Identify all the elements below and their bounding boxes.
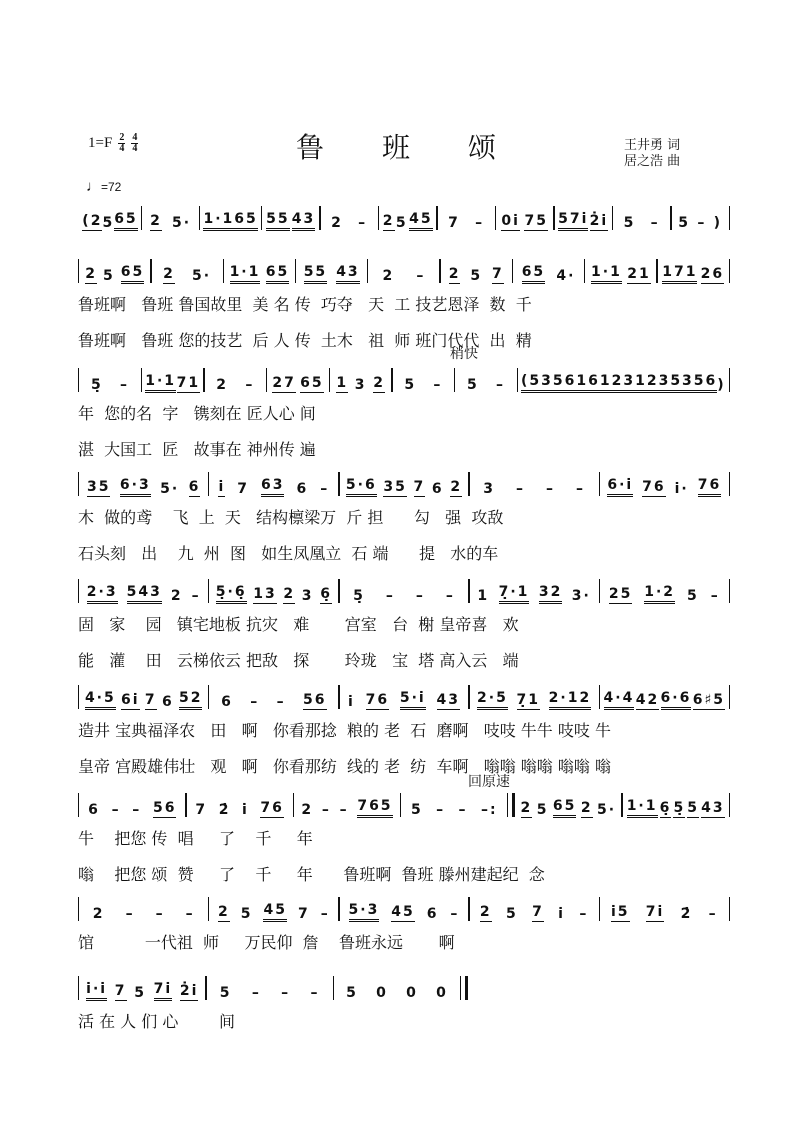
- measure: 5–––: [207, 975, 333, 1001]
- note-group: 5: [687, 588, 699, 604]
- measure: 1·16̣5̣543: [623, 792, 729, 818]
- measure: 1·165: [224, 258, 295, 284]
- note-group: –: [546, 481, 555, 497]
- score-system: 2–––25457–5·3456–257i̇–i̇57i̇2̇–: [78, 896, 730, 922]
- note-group: 2: [331, 215, 343, 231]
- note-group: 2: [216, 377, 228, 393]
- note-group: 6♯5: [693, 692, 725, 710]
- note-group: 27: [272, 375, 295, 393]
- note-group: –: [250, 694, 259, 710]
- note-group: 7̣·1: [499, 584, 530, 604]
- note-group: 5·3: [349, 902, 380, 922]
- barline: [729, 472, 730, 496]
- note-group: 4·: [556, 268, 575, 284]
- note-group: 6: [221, 694, 233, 710]
- lyric-line-verse-2: 湛 大国工 匠 故事在 神州传 遍: [78, 437, 316, 460]
- note-group: 5: [467, 377, 479, 393]
- note-group: 0: [406, 985, 418, 1001]
- note-group: –: [433, 377, 442, 393]
- note-group: –: [112, 802, 121, 818]
- note-group: –: [709, 906, 718, 922]
- barline: [729, 793, 730, 817]
- note-group: –: [651, 215, 660, 231]
- note-group: 2: [449, 266, 461, 284]
- note-group: ): [717, 377, 725, 393]
- note-group: 5: [102, 215, 114, 231]
- note-group: 1·1: [145, 373, 176, 393]
- lyric-line-verse-2: 能 灌 田 云梯依云 把敌 探 玲珑 宝 塔 高入云 端: [78, 648, 519, 671]
- note-group: 6: [432, 481, 444, 497]
- note-group: –:: [481, 802, 498, 818]
- note-group: (2: [82, 213, 102, 231]
- note-group: 5: [241, 906, 253, 922]
- note-group: 76: [260, 800, 283, 818]
- measure: 6·i̇76i̇·76: [600, 471, 729, 497]
- note-group: i̇: [218, 479, 225, 497]
- measure: 256525·: [515, 792, 621, 818]
- note-group: 65: [266, 264, 289, 284]
- note-group: 35: [87, 479, 110, 497]
- lyric-line-verse-2: 鲁班啊 鲁班 您的技艺 后 人 传 土木 祖 师 班门代代 出 精: [78, 328, 532, 351]
- note-group: i̇: [558, 906, 565, 922]
- note-group: 13: [253, 586, 276, 604]
- note-group: –: [516, 481, 525, 497]
- note-group: 4·4: [604, 690, 635, 710]
- note-group: –: [126, 906, 135, 922]
- note-group: 63: [261, 477, 284, 497]
- note-group: 5̣·6̣: [216, 584, 247, 604]
- note-group: 75: [524, 213, 547, 231]
- measure: 2–: [205, 367, 266, 393]
- measure: 5–): [672, 205, 729, 231]
- measure: 2565: [79, 258, 150, 284]
- note-group: 3: [302, 588, 314, 604]
- note-group: 7: [195, 802, 207, 818]
- note-group: 2: [150, 213, 162, 231]
- note-group: 543: [127, 584, 162, 604]
- score-system: 5̣–1·1712–27651325–5–(5356161231235356): [78, 367, 730, 393]
- note-group: 35: [383, 479, 406, 497]
- note-group: 2: [383, 213, 395, 231]
- measure: 3–––: [470, 471, 599, 497]
- note-group: –: [576, 481, 585, 497]
- note-group: 6: [162, 694, 174, 710]
- lyric-line-verse-1: 固 家 园 镇宅地板 抗灾 难 宫室 台 榭 皇帝喜 欢: [78, 612, 519, 635]
- measure: 2–: [321, 205, 378, 231]
- note-group: 5·: [172, 215, 191, 231]
- note-group: 7i̇: [154, 981, 173, 1001]
- measure: 5–: [455, 367, 516, 393]
- note-group: 6: [296, 481, 308, 497]
- note-group: 21: [627, 266, 650, 284]
- note-group: 43: [701, 800, 724, 818]
- lyric-line-verse-1: 馆 一代祖 师 万民仰 詹 鲁班永远 啊: [78, 930, 455, 953]
- note-group: 7: [237, 481, 249, 497]
- note-group: 7: [145, 692, 157, 710]
- note-group: 5: [404, 377, 416, 393]
- measure: 25·: [152, 258, 223, 284]
- note-group: 2: [218, 904, 230, 922]
- measure: 57i̇2̇i̇: [555, 205, 612, 231]
- note-group: –: [697, 215, 706, 231]
- score-system: 256525·1·16555432–257654·1·12117126: [78, 258, 730, 284]
- note-group: 55: [266, 211, 289, 231]
- measure: 2·57̣12·12: [470, 684, 599, 710]
- lyric-line-verse-1: 木 做的鸢 飞 上 天 结构檩梁万 斤 担 勾 强 攻敌: [78, 505, 503, 528]
- measure: 6––56: [79, 792, 185, 818]
- measure: 2765: [267, 367, 328, 393]
- note-group: 1·1: [627, 798, 658, 818]
- measure: 132: [330, 367, 391, 393]
- measure: 5543: [296, 258, 367, 284]
- measure: 17̣·1323·: [470, 578, 599, 604]
- note-group: 5: [537, 802, 549, 818]
- lyric-line-verse-2: 石头刻 出 九 州 图 如生凤凰立 石 端 提 水的车: [78, 541, 498, 564]
- note-group: 7: [414, 479, 426, 497]
- note-group: 7: [492, 266, 504, 284]
- note-group: 2: [85, 266, 97, 284]
- measure: 5–: [613, 205, 670, 231]
- note-group: 7: [532, 904, 544, 922]
- note-group: –: [156, 906, 165, 922]
- note-group: 1612: [576, 373, 623, 393]
- note-group: 5: [103, 268, 115, 284]
- note-group: 5356: [670, 373, 717, 393]
- note-group: i̇·: [675, 481, 689, 497]
- measure: (2565: [79, 205, 140, 231]
- measure: 5·635762: [340, 471, 469, 497]
- note-group: 71: [177, 375, 200, 393]
- note-group: 5: [470, 268, 482, 284]
- note-group: 1·2: [644, 584, 675, 604]
- measure: 2·35432–: [79, 578, 208, 604]
- note-group: 2̇i̇: [180, 983, 199, 1001]
- score-system: 6––5672̇i̇762––7655–––:256525·1·16̣5̣543: [78, 792, 730, 818]
- note-group: 6: [189, 479, 201, 497]
- note-group: 76: [642, 479, 665, 497]
- note-group: 5·i̇: [400, 690, 426, 710]
- note-group: –: [358, 215, 367, 231]
- score-system: 2·35432–5̣·6̣13236̣5̣–––17̣·1323·251·25–: [78, 578, 730, 604]
- note-group: 5: [678, 215, 690, 231]
- note-group: 5·: [160, 481, 179, 497]
- note-group: 65: [553, 798, 576, 818]
- note-group: –: [475, 215, 484, 231]
- note-group: 2: [301, 802, 313, 818]
- note-group: –: [436, 802, 445, 818]
- note-group: 2: [480, 904, 492, 922]
- note-group: 6·3: [120, 477, 151, 497]
- note-group: –: [340, 802, 349, 818]
- measure: 72̇i̇76: [187, 792, 293, 818]
- note-group: 2·5: [477, 690, 508, 710]
- note-group: 5̣: [353, 588, 365, 604]
- note-group: 7: [448, 215, 460, 231]
- measure: 5·3456–: [340, 896, 469, 922]
- quarter-note-icon: ♩: [86, 178, 101, 195]
- note-group: –: [277, 694, 286, 710]
- note-group: 57i̇: [558, 211, 588, 231]
- note-group: –: [459, 802, 468, 818]
- measure: 5̣·6̣13236̣: [209, 578, 338, 604]
- note-group: 1·1: [230, 264, 261, 284]
- note-group: –: [186, 906, 195, 922]
- score-system: 4·56i̇76526––56i̇765·i̇432·57̣12·124·442…: [78, 684, 730, 710]
- score-system: (256525·1·16555432–25457–0i̇7557i̇2̇i̇5–…: [78, 205, 730, 231]
- measure: 4·56i̇7652: [79, 684, 208, 710]
- measure: 2––765: [294, 792, 400, 818]
- note-group: 2̇i̇: [590, 213, 609, 231]
- note-group: 2: [93, 906, 105, 922]
- note-group: 5: [220, 985, 232, 1001]
- credits: 王井勇 词 居之浩 曲: [624, 138, 680, 170]
- note-group: 2: [450, 479, 462, 497]
- note-group: 65: [121, 264, 144, 284]
- measure: 1·171: [142, 367, 203, 393]
- note-group: 0: [376, 985, 388, 1001]
- measure: 2–––: [79, 896, 208, 922]
- note-group: –: [120, 377, 129, 393]
- note-group: –: [450, 906, 459, 922]
- note-group: –: [321, 906, 330, 922]
- note-group: ): [714, 215, 722, 231]
- note-group: i̇5: [611, 904, 630, 922]
- note-group: 56: [303, 692, 326, 710]
- note-group: 3·: [572, 588, 591, 604]
- note-group: 1: [477, 588, 489, 604]
- note-group: 76: [366, 692, 389, 710]
- note-group: 2̇: [681, 906, 693, 922]
- note-group: 5̣: [91, 377, 103, 393]
- lyric-line-verse-2: 皇帝 宫殿雄伟壮 观 啊 你看那纺 线的 老 纺 车啊 嗡嗡 嗡嗡 嗡嗡 嗡: [78, 754, 611, 777]
- note-group: 2: [163, 266, 175, 284]
- note-group: 76: [698, 477, 721, 497]
- barline: [729, 579, 730, 603]
- note-group: 2: [373, 375, 385, 393]
- note-group: –: [416, 268, 425, 284]
- note-group: –: [310, 985, 319, 1001]
- measure: 25457–: [209, 896, 338, 922]
- score-system: i̇·i̇757i̇2̇i̇5–––5000: [78, 975, 468, 1001]
- note-group: 1·1: [203, 211, 234, 231]
- note-group: 6i̇: [121, 692, 140, 710]
- note-group: 25: [609, 586, 632, 604]
- measure: 356·35·6: [79, 471, 208, 497]
- note-group: 43: [336, 264, 359, 284]
- note-group: 45: [391, 904, 414, 922]
- note-group: –: [192, 588, 201, 604]
- note-group: 65: [522, 264, 545, 284]
- barline: [729, 259, 730, 283]
- note-group: 2: [521, 800, 533, 818]
- measure: i̇57i̇2̇–: [600, 896, 729, 922]
- measure: 257i̇–: [470, 896, 599, 922]
- note-group: 0: [436, 985, 448, 1001]
- note-group: –: [252, 985, 261, 1001]
- note-group: 6̣: [320, 586, 332, 604]
- note-group: 5: [134, 985, 146, 1001]
- note-group: 171: [662, 264, 697, 284]
- note-group: 2: [283, 586, 295, 604]
- note-group: 26: [701, 266, 724, 284]
- note-group: 2·3: [87, 584, 118, 604]
- note-group: 52: [179, 690, 202, 710]
- measure: 6––56: [209, 684, 338, 710]
- barline: [729, 368, 730, 392]
- note-group: 7i̇: [646, 904, 665, 922]
- note-group: 3: [355, 377, 367, 393]
- measure: 5–––:: [401, 792, 507, 818]
- note-group: 6·6: [661, 690, 692, 710]
- note-group: –: [711, 588, 720, 604]
- note-group: i̇: [348, 694, 355, 710]
- measure: 7–: [438, 205, 495, 231]
- note-group: (5356: [521, 373, 576, 393]
- note-group: 65: [114, 211, 137, 231]
- note-group: 5·: [192, 268, 211, 284]
- note-group: –: [579, 906, 588, 922]
- measure: 5000: [334, 975, 460, 1001]
- note-group: 2̇: [219, 802, 231, 818]
- barline: [729, 206, 730, 230]
- note-group: 6: [427, 906, 439, 922]
- note-group: 45: [263, 902, 286, 922]
- measure: 5̣–: [79, 367, 140, 393]
- note-group: 5̣: [673, 800, 685, 818]
- measure: i̇7636–: [209, 471, 338, 497]
- note-group: 43: [292, 211, 315, 231]
- double-barline: [460, 976, 468, 1000]
- note-group: 2: [383, 268, 395, 284]
- lyric-line-verse-1: 牛 把您 传 唱 了 千 年: [78, 826, 313, 849]
- lyricist: 王井勇 词: [624, 138, 680, 154]
- measure: 2545: [379, 205, 436, 231]
- note-group: –: [416, 588, 425, 604]
- barline: [729, 897, 730, 921]
- note-group: 65: [300, 375, 323, 393]
- measure: 5–: [393, 367, 454, 393]
- note-group: 65: [234, 211, 257, 231]
- note-group: 5: [346, 985, 358, 1001]
- lyric-line-verse-1: 造井 宝典福泽农 田 啊 你看那捻 粮的 老 石 磨啊 吱吱 牛牛 吱吱 牛: [78, 718, 611, 741]
- composer: 居之浩 曲: [624, 154, 680, 170]
- tempo-marking: ♩=72: [86, 178, 121, 195]
- note-group: 56: [153, 800, 176, 818]
- note-group: 5: [624, 215, 636, 231]
- measure: 1·121: [585, 258, 656, 284]
- note-group: 3: [483, 481, 495, 497]
- note-group: –: [320, 481, 329, 497]
- note-group: –: [281, 985, 290, 1001]
- measure: 4·4426·66♯5: [600, 684, 729, 710]
- double-barline: [507, 793, 515, 817]
- note-group: 5: [506, 906, 518, 922]
- measure: 2–: [368, 258, 439, 284]
- note-group: –: [245, 377, 254, 393]
- measure: 251·25–: [600, 578, 729, 604]
- note-group: i̇: [242, 802, 249, 818]
- note-group: 6: [88, 802, 100, 818]
- note-group: 1: [336, 375, 348, 393]
- note-group: 4·5: [85, 690, 116, 710]
- note-group: 2: [171, 588, 183, 604]
- measure: 17126: [658, 258, 729, 284]
- measure: 25·: [142, 205, 199, 231]
- note-group: 5: [396, 215, 408, 231]
- note-group: –: [386, 588, 395, 604]
- note-group: 3123: [623, 373, 670, 393]
- note-group: –: [496, 377, 505, 393]
- note-group: 7̣1: [517, 692, 540, 710]
- note-group: 6·i̇: [607, 477, 633, 497]
- note-group: 6̣: [660, 800, 672, 818]
- note-group: 5: [411, 802, 423, 818]
- barline: [729, 685, 730, 709]
- note-group: 5·6: [346, 477, 377, 497]
- note-group: 2·12: [549, 690, 592, 710]
- note-group: 32: [539, 584, 562, 604]
- note-group: 7: [115, 983, 127, 1001]
- note-group: 2: [581, 800, 593, 818]
- lyric-line-verse-1: 活 在 人 们 心 间: [78, 1009, 235, 1032]
- measure: 0i̇75: [496, 205, 553, 231]
- measure: i̇·i̇757i̇2̇i̇: [79, 975, 205, 1001]
- note-group: 55: [304, 264, 327, 284]
- measure: 5543: [262, 205, 319, 231]
- measure: 257: [441, 258, 512, 284]
- measure: 5̣–––: [340, 578, 469, 604]
- note-group: 7: [298, 906, 310, 922]
- measure: i̇765·i̇43: [340, 684, 469, 710]
- score-system: 356·35·6i̇7636–5·6357623–––6·i̇76i̇·76: [78, 471, 730, 497]
- lyric-line-verse-1: 年 您的名 字 镌刻在 匠人心 间: [78, 401, 316, 424]
- note-group: 5: [687, 800, 699, 818]
- note-group: 45: [409, 211, 432, 231]
- note-group: i̇·i̇: [86, 981, 107, 1001]
- lyric-line-verse-2: 嗡 把您 颂 赞 了 千 年 鲁班啊 鲁班 滕州建起纪 念: [78, 862, 545, 885]
- lyric-line-verse-1: 鲁班啊 鲁班 鲁国故里 美 名 传 巧夺 天 工 技艺恩泽 数 千: [78, 292, 532, 315]
- note-group: 5·: [597, 802, 616, 818]
- note-group: –: [446, 588, 455, 604]
- note-group: 765: [357, 798, 392, 818]
- note-group: 42: [636, 692, 659, 710]
- measure: 654·: [513, 258, 584, 284]
- note-group: –: [132, 802, 141, 818]
- measure: (5356161231235356): [518, 367, 729, 393]
- note-group: 1·1: [591, 264, 622, 284]
- note-group: 0i̇: [501, 213, 520, 231]
- note-group: 43: [437, 692, 460, 710]
- measure: 1·165: [200, 205, 260, 231]
- note-group: –: [322, 802, 331, 818]
